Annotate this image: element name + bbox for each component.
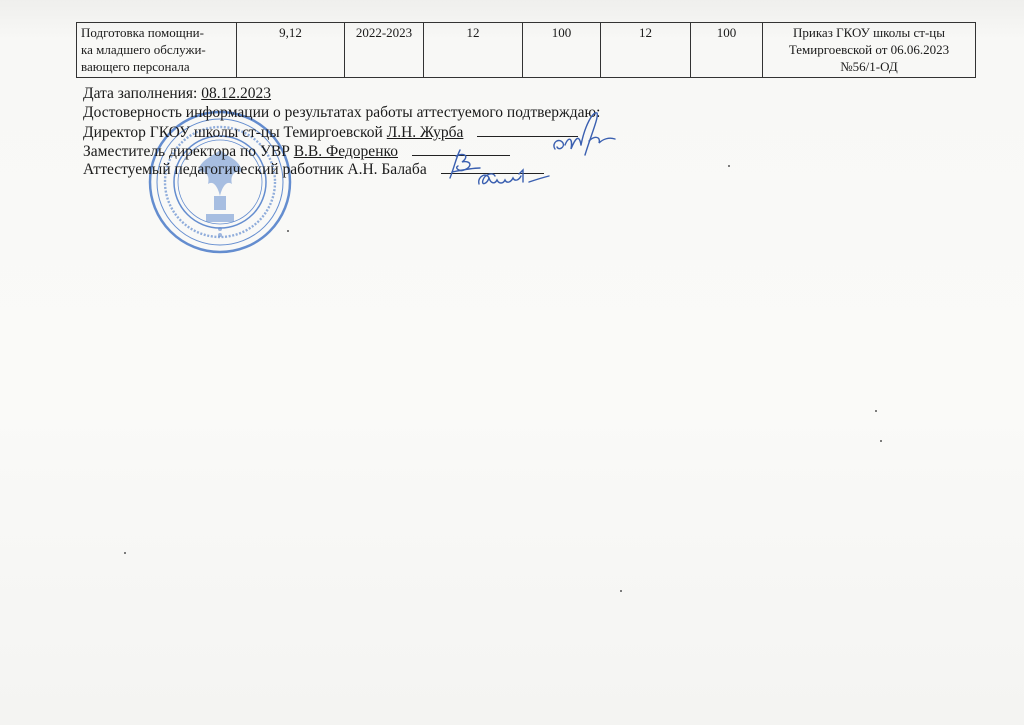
- percent-1-cell: 100: [523, 23, 601, 78]
- confirmation-block: Дата заполнения: 08.12.2023 Достоверност…: [83, 85, 600, 178]
- fill-date-line: Дата заполнения: 08.12.2023: [83, 85, 600, 104]
- program-name-line: ка младшего обслужи-: [81, 41, 232, 58]
- deputy-label: Заместитель директора по УВР: [83, 143, 294, 160]
- document-cell: Приказ ГКОУ школы ст-цы Темиргоевской от…: [763, 23, 976, 78]
- year-cell: 2022-2023: [345, 23, 424, 78]
- grades-cell: 9,12: [237, 23, 345, 78]
- count-2-cell: 12: [601, 23, 691, 78]
- scan-speck: [124, 552, 126, 554]
- count-1-cell: 12: [424, 23, 523, 78]
- program-name-line: вающего персонала: [81, 58, 232, 75]
- fill-date-value: 08.12.2023: [201, 85, 271, 102]
- deputy-line: Заместитель директора по УВР В.В. Федоре…: [83, 141, 600, 160]
- scan-speck: [880, 440, 882, 442]
- attestee-label: Аттестуемый педагогический работник: [83, 161, 347, 178]
- director-signature-icon: [545, 105, 625, 165]
- director-label: Директор ГКОУ школы ст-цы Темиргоевской: [83, 124, 387, 141]
- director-name: Л.Н. Журба: [387, 124, 464, 141]
- document-line: Приказ ГКОУ школы ст-цы: [767, 24, 971, 41]
- program-name-line: Подготовка помощни-: [81, 24, 232, 41]
- scan-speck: [728, 165, 730, 167]
- percent-2-cell: 100: [691, 23, 763, 78]
- results-table: Подготовка помощни- ка младшего обслужи-…: [76, 22, 976, 78]
- program-name-cell: Подготовка помощни- ка младшего обслужи-…: [77, 23, 237, 78]
- director-line: Директор ГКОУ школы ст-цы Темиргоевской …: [83, 122, 600, 141]
- confirmation-text: Достоверность информации о результатах р…: [83, 104, 600, 123]
- fill-date-label: Дата заполнения:: [83, 85, 201, 102]
- attestee-name: А.Н. Балаба: [347, 161, 426, 178]
- deputy-name: В.В. Федоренко: [294, 143, 398, 160]
- attestee-signature-icon: [473, 168, 553, 194]
- document-line: Темиргоевской от 06.06.2023: [767, 41, 971, 58]
- table-row: Подготовка помощни- ка младшего обслужи-…: [77, 23, 976, 78]
- scan-speck: [875, 410, 877, 412]
- document-line: №56/1-ОД: [767, 58, 971, 75]
- scan-speck: [620, 590, 622, 592]
